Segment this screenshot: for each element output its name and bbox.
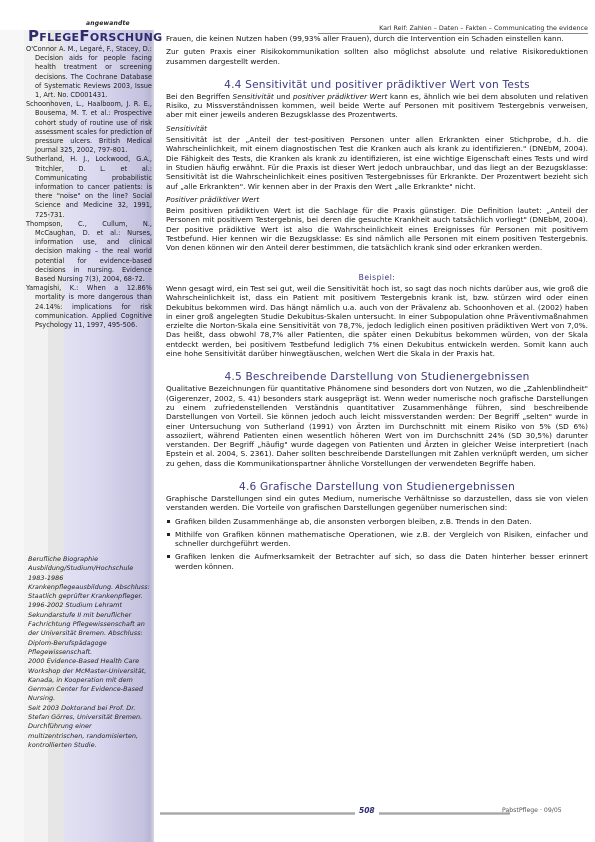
paragraph: Frauen, die keinen Nutzen haben (99,93% … [166,34,588,43]
advantages-list: Grafiken bilden Zusammenhänge ab, die an… [166,517,588,571]
logo-title: PflegeForschung [28,27,163,45]
paragraph: Graphische Darstellungen sind ein gutes … [166,494,588,513]
subheading-ppv: Positiver prädiktiver Wert [166,195,588,204]
list-item: Grafiken bilden Zusammenhänge ab, die an… [166,517,588,526]
example-paragraph: Wenn gesagt wird, ein Test sei gut, weil… [166,284,588,358]
text-span: Bei den Begriffen [166,92,233,101]
list-item: Grafiken lenken die Aufmerksamkeit der B… [166,552,588,571]
logo-subtitle: angewandte [86,20,130,27]
example-title: Beispiel: [166,273,588,282]
paragraph: Zur guten Praxis einer Risikokommunikati… [166,47,588,66]
page-number: 508 [355,806,379,815]
paragraph: Beim positiven prädiktiven Wert ist die … [166,206,588,252]
running-title: Karl Reif: Zahlen – Daten – Fakten – Com… [379,24,588,32]
author-biography: Berufliche Biographie Ausbildung/Studium… [28,555,150,750]
journal-issue: Pabst­Pflege · 09/05 [502,807,592,814]
reference-item: O'Connor A. M., Legaré, F., Stacey, D.: … [26,45,152,100]
text-span: und [274,92,293,101]
paragraph: Sensitivität ist der „Anteil der test-po… [166,135,588,191]
reference-item: Schoonhoven, L., Haalboom, J. R. E., Bou… [26,100,152,155]
list-item: Mithilfe von Grafiken können mathematisc… [166,530,588,549]
section-heading-4-6: 4.6 Grafische Darstellung von Studienerg… [166,481,588,493]
bio-line: Seit 2003 Doktorand bei Prof. Dr. Stefan… [28,704,150,750]
reference-item: Sutherland, H. J., Lockwood, G.A., Tritc… [26,155,152,219]
reference-list: O'Connor A. M., Legaré, F., Stacey, D.: … [26,45,152,330]
section-heading-4-4: 4.4 Sensitivität und positiver prädiktiv… [166,79,588,91]
running-header: Karl Reif: Zahlen – Daten – Fakten – Com… [318,24,588,34]
reference-item: Yamagishi, K.: When a 12.86% mortality i… [26,284,152,330]
main-content: Frauen, die keinen Nutzen haben (99,93% … [166,34,588,575]
bio-title: Berufliche Biographie [28,555,150,564]
bio-line: 1996-2002 Studium Lehramt Sekundarstufe … [28,601,150,657]
bio-line: 1983-1986 Krankenpflegeausbildung. Absch… [28,574,150,602]
bio-line: 2000 Evidence-Based Health Care Workshop… [28,657,150,703]
footer-rule [160,812,510,815]
reference-item: Thompson, C., Cullum, N., McCaughan, D. … [26,220,152,284]
paragraph: Bei den Begriffen Sensitivität und posit… [166,92,588,120]
bio-line: Ausbildung/Studium/Hochschule [28,564,150,573]
term-sensitivity: Sensitivität [233,92,274,101]
paragraph: Qualitative Bezeichnungen für quantitati… [166,384,588,468]
term-ppv: positiver prädiktiver Wert [293,92,388,101]
subheading-sensitivity: Sensitivität [166,124,588,133]
journal-logo: angewandte PflegeForschung [28,26,163,44]
section-heading-4-5: 4.5 Beschreibende Darstellung von Studie… [166,371,588,383]
